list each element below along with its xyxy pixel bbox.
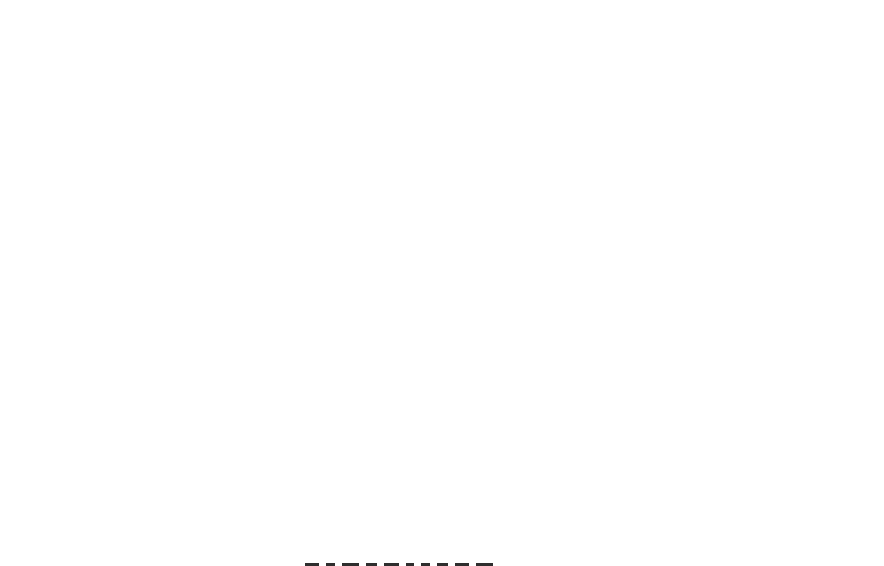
document-page — [2, 12, 836, 26]
adjacent-window-sliver — [876, 0, 884, 566]
